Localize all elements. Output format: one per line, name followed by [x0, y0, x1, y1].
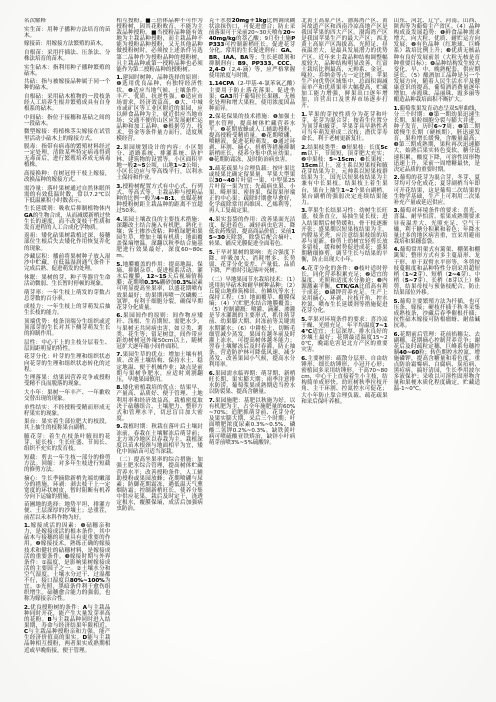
bold-run: B9、PP333、CCC、2,4-D	[209, 61, 295, 73]
bold-run: 8.	[116, 385, 122, 391]
text-column-4: 北黄土高原产区、渤海湾产区、黄河故道产区和西南冷凉高地产区是我国苹果的四大产区。…	[301, 18, 387, 686]
paragraph: 返祖：矮化砧果树栽植过深，接穗部位生根后失去矮化作用恢复乔化的现象。	[24, 233, 110, 251]
bold-run: 6.	[209, 371, 215, 377]
bold-run: 1.	[24, 523, 30, 529]
bold-run: 4.	[116, 217, 122, 223]
bold-run: 5~15cm	[329, 157, 354, 163]
bold-run: 9.	[116, 424, 122, 430]
bold-run: B	[47, 617, 51, 623]
bold-run: GA、BR、IAA、BA	[209, 48, 295, 60]
paragraph: 2.优良授粉树的条件：A与主栽品种同时开花，能产生大量发芽率高的花粉。B与主栽品…	[24, 605, 110, 654]
paragraph: 实生苗：用种子播种方法培育的苗木。	[24, 27, 110, 39]
paragraph: 单性结实：不经授粉受精而形成无籽果实的现象。	[24, 405, 110, 417]
bold-run: 80%~100%	[70, 578, 105, 584]
bold-run: 4.	[394, 247, 400, 253]
bold-run: 5~7	[405, 278, 417, 284]
paragraph: 6.主要树形：疏散分层形、自由纺锤形、细长纺锤形、小冠开心形；密植园多采用纺锤形…	[301, 356, 387, 405]
paragraph: 需冷量：落叶果树通过自然休眠所需的有效低温时数，常以7.2℃以下低温累积小时数表…	[24, 186, 110, 204]
paragraph: （二）提高坐果率的综合措施：加强土肥水综合管理，提高树体贮藏营养水平；改善授粉条…	[116, 457, 202, 512]
bold-run: 1~2	[174, 163, 186, 169]
paragraph: 顶端优势：枝条顶端分生组织或近顶部芽的生长对其下侧芽萌发生长的抑制作用。	[24, 319, 110, 337]
paragraph: 大小年：果树一年丰产、一年歉收交替出现的现象。	[24, 390, 110, 402]
paragraph: 4.葡萄常用架式有篱架、棚架和棚篱架；整形方式有多主蔓扇形、龙干形、单干双臂水平…	[394, 247, 480, 296]
paragraph: 脱毒：指带有病毒的繁殖材料经过一定处理，清除某些特定病毒得到无毒苗后，进行繁殖培…	[24, 144, 110, 168]
bold-run: 2~5	[133, 163, 145, 169]
paragraph: 腋花芽：着生在枝条叶腋间的花芽。徒长枝：生长旺盛、节间长、组织不充实的发育枝。	[24, 434, 110, 452]
bold-run: 3.	[116, 184, 122, 190]
bold-run: 7.	[116, 352, 122, 358]
paragraph: 1.嫁接成活的因素：❶砧穗亲和力，是嫁接成活的根本条件，其中砧木与接穗的质量具有…	[24, 523, 110, 602]
bold-run: GA3	[220, 94, 233, 100]
bold-run: 0.3%	[144, 280, 159, 286]
paragraph: 5.干旱对果树的影响：光合强度下降、呼吸加大、消耗增多、长势弱、花芽分化变差、产…	[209, 250, 295, 274]
paragraph: 2.保花保果的技术措施：❶加强土肥水管理，提高树体贮藏营养水平。❷花期放蜂或人工…	[209, 114, 295, 163]
paragraph: 9.栽植时期：秋栽在落叶后土壤封冻前，春栽在土壤解冻后萌芽前；北方寒冷地区以春栽…	[116, 424, 202, 454]
bold-run: 2.	[116, 145, 122, 151]
bold-run: 2.	[394, 175, 400, 181]
paragraph: 微型嫁接：将植株茎尖嫁接在试管里活动小砧木上的嫁接方式。	[24, 129, 110, 141]
bold-run: 3.	[209, 166, 215, 172]
paragraph: 4.果实套袋的作用：改善果面光洁度、促进着色、减轻病虫危害、降低农药残留、提高商…	[209, 217, 295, 247]
text-column-5: 山东、河北、辽宁、河南、山西、陕西等为葡萄主产省区。（4）品种构成及发展趋势：❶…	[394, 18, 480, 686]
paragraph: 2.结果枝类型：❶短果枝：长度5cm以下，节间短，顶芽肥大充实；❷中果枝：5~1…	[301, 145, 387, 206]
paragraph: 1.建园时树种、品种选择的原则：❶选用优良品种，有独特经济性状。❷适应当地气候、…	[116, 75, 202, 142]
bold-run: 5.	[394, 299, 400, 305]
bold-run: 7.	[209, 398, 215, 404]
bold-run: 5.	[116, 262, 122, 268]
paragraph: 休眠：果树的芽、种子等器官生命活动微弱、生长暂时停顿的现象。	[24, 275, 110, 287]
paragraph: 克＋水按20mg＋1kg比例调成糊状涂抹伤口，可促进愈合；防止采前落果可于采前2…	[209, 18, 295, 79]
paragraph: 高接换种：在树冠骨干枝上嫁接，改换品种的嫁接方式。	[24, 171, 110, 183]
paragraph: 实生砧木：指利用种子播种繁殖的砧木。	[24, 65, 110, 77]
section-title: 名次解释	[24, 18, 110, 24]
paragraph: 3.苹果生长结果习性：幼树生长旺盛，枝条直立，易抽生徒长枝；进入结果期后树势缓和…	[301, 208, 387, 263]
bold-run: GA	[24, 213, 33, 219]
bold-run: 2~4	[448, 272, 460, 278]
bold-run: 4~8:1	[156, 196, 174, 202]
bold-run: 15cm	[301, 163, 318, 169]
text-column-1: 名次解释实生苗：用种子播种方法培育的苗木。嫁接苗：用嫁接方法繁殖的苗木。自根苗：…	[24, 18, 110, 686]
text-columns: 名次解释实生苗：用种子播种方法培育的苗木。嫁接苗：用嫁接方法繁殖的苗木。自根苗：…	[24, 18, 480, 686]
paragraph: 自根苗：采用扦插法、压条法、分株法培育的苗木。	[24, 50, 110, 62]
bold-run: 30~40	[215, 178, 235, 184]
bold-run: 1~2	[341, 188, 353, 194]
bold-run: ■	[151, 30, 157, 36]
bold-run: 1.	[301, 112, 307, 118]
paragraph: 自根砧：采用砧木植物的一段枝条经人工培养生根并繁殖成具有自身根系的砧木。	[24, 94, 110, 112]
bold-run: 6.	[394, 332, 400, 338]
bold-run: 15~30	[209, 229, 295, 241]
bold-run: 6~7	[434, 124, 446, 130]
bold-run: 4.	[209, 217, 215, 223]
paragraph: 5.地膜覆盖的作用：提高地温、保墒、抑制杂草、促进根系活动。灌水后覆膜，12~1…	[116, 262, 202, 311]
bold-run: 20mg＋1kg	[232, 18, 267, 24]
bold-run: 7~14℃	[301, 323, 387, 335]
paragraph: 4.花芽分化的条件：❶枝叶适时停长，同化营养积累充足；❷适宜的温度、光照和适度水…	[301, 266, 387, 315]
paragraph: 7.果园施肥：基肥以秋施为好，以有机肥为主，占全年施肥量的60%~70%；追肥抓…	[209, 398, 295, 447]
paragraph: （二）旱地果园节水栽培技术：（1）选用抗旱砧木和耐旱树种品种；（2）丘陵山地修筑…	[209, 277, 295, 368]
paragraph: 生理落果：幼果因营养竞争或授粉受精不良而脱落的现象。	[24, 375, 110, 387]
paragraph: 3.授粉树配置方式有中心式、行列式、等高式等。主栽品种与授粉品种的比例一般为4~…	[116, 184, 202, 214]
bold-run: 5cm	[301, 145, 387, 157]
paragraph: 6.果园间作的原则：间作物应矮秆、浅根、生育期短、需肥水少，与果树无共同病虫害，…	[116, 313, 202, 350]
bold-run: 3.	[394, 208, 400, 214]
bold-run: 3.	[301, 208, 307, 214]
bold-run: 5.	[209, 250, 215, 256]
bold-run: A	[83, 605, 87, 611]
bold-run: 1~2	[405, 272, 417, 278]
bold-run: 6.	[116, 313, 122, 319]
paragraph: 沙藏层积：播前将果树种子放入湿沙中贮藏，在低温湿润通气条件下完成后熟、促进萌发的…	[24, 254, 110, 272]
paragraph: 中间砧：指位于接穗和基砧之间的一段砧木。	[24, 115, 110, 127]
bold-run: 4.	[301, 266, 307, 272]
cheat-sheet-page: 名次解释实生苗：用种子播种方法培育的苗木。嫁接苗：用嫁接方法繁殖的苗木。自根苗：…	[0, 0, 496, 702]
paragraph: 花芽分化：叶芽的生理和组织状态向花芽的生理和组织状态转化的过程。	[24, 354, 110, 372]
paragraph: 6.果园需水临界期：萌芽期、新梢旺长期、果实膨大期；雨季注意排水防涝，葡萄浆果成…	[209, 371, 295, 395]
paragraph: 果台：果实着生部位肥大的枝段，其上抽生的枝称果台副梢。	[24, 419, 110, 431]
paragraph: 层性：中心干上的主枝分层着生、层间距明显的特性。	[24, 340, 110, 352]
paragraph: 北黄土高原产区、渤海湾产区、黄河故道产区和西南冷凉高地产区是我国苹果的四大产区。…	[301, 18, 387, 109]
paragraph: 短截：剪去一年生枝一部分的修剪方法。回缩：对多年生枝进行短截的修剪方法。	[24, 455, 110, 473]
paragraph: 3.疏花疏果与合理负载：按叶果比或枝果比确定留果量，苹果大型果以30~40片叶留…	[209, 166, 295, 215]
paragraph: 生长延缓剂：吸收后抑制植物体内GA的生物合成，从而减缓新梢过快生长的速度，而不改…	[24, 206, 110, 230]
paragraph: 2.果园规划设计的内容：小区划分、道路系统、排灌系统、防护林、建筑物的设置等。小…	[116, 145, 202, 182]
paragraph: 5.葡萄主要繁殖方法为扦插，也可压条、嫁接；硬枝扦插于秋冬采集成熟枝条，沙藏后春…	[394, 299, 480, 329]
text-column-2: 相互授粉。■三倍体品种不可作为授粉树，因其花粉败育，不能为主栽品种授粉。■当授粉…	[116, 18, 202, 686]
paragraph: 共砧：指与被嫁接品种属于同一个种的砧木。	[24, 79, 110, 91]
paragraph: 摘心：生长季摘除新梢先端幼嫩部分的措施。环剥：剥去枝干上一定宽度的环状树皮，暂时…	[24, 476, 110, 500]
paragraph: 4.果园土壤改良的主要技术措施：深翻改土结合施入有机肥，熟化土壤；客土掺沙改粘；…	[116, 217, 202, 260]
paragraph: 嫁接苗：用嫁接方法繁殖的苗木。	[24, 41, 110, 47]
bold-run: 40~60	[399, 350, 419, 356]
text-column-3: 克＋水按20mg＋1kg比例调成糊状涂抹伤口，可促进愈合；防止采前落果可于采前2…	[209, 18, 295, 686]
bold-run: 2.	[24, 605, 30, 611]
paragraph: 6.花期前后管理：花前掐穗尖、去副穗，花期摘心控制营养竞争；谢花后及时疏粒定穗，…	[394, 332, 480, 393]
bold-run: ■	[145, 18, 151, 24]
bold-run: 20~40mg/kg	[209, 30, 295, 42]
paragraph: 8.矮化密植栽培的优点：结果早、产量高、品质好、便于管理、土地利用率和经济效益高…	[116, 385, 202, 422]
paragraph: 7.果园生草的优点：增加土壤有机质、改善土壤结构、保持水土、稳定地温、便于机械作…	[116, 352, 202, 382]
paragraph: 1.苹果的芽按性质分为花芽和叶芽，花芽为混合芽；按着生位置分为顶芽和腋芽。苹果芽…	[301, 112, 387, 142]
paragraph: 1.14CPA（2-甲基-4-氯苯氧乙酸）主要用于防止落花落果、促进坐果；GA3…	[209, 81, 295, 111]
bold-run: 14CPA	[215, 81, 234, 87]
paragraph: 2.葡萄的花芽为混合芽，冬芽、夏芽均可分化成花；夏芽副梢当年即可开花结果，这是葡…	[394, 175, 480, 205]
bold-run: 1.	[116, 75, 122, 81]
paragraph: 苗圃地的选择：地势平坦、排灌方便、土层深厚的沙壤土；忌重茬，前茬以禾本科作物为好…	[24, 502, 110, 520]
paragraph: 成枝力：一年生枝上的芽萌发后抽生长枝的能力。	[24, 304, 110, 316]
bold-run: D	[82, 635, 87, 641]
paragraph: 山东、河北、辽宁、河南、山西、陕西等为葡萄主产省区。（4）品种构成及发展趋势：❶…	[394, 18, 480, 103]
bold-run: 2.	[209, 114, 215, 120]
paragraph: 5.苹果对环境条件的要求：喜冷凉干燥、光照充足，年平均温度7~14℃适宜；土层深…	[301, 317, 387, 354]
paragraph: 1.葡萄浆果发育动态呈双S形曲线，分三个时期：❶第一期幼果迅速生长期，果粒细胞分…	[394, 106, 480, 173]
bold-run: 1.	[394, 106, 400, 112]
bold-run: C	[24, 629, 28, 635]
bold-run: 2.	[301, 145, 307, 151]
paragraph: 3.葡萄对环境条件的要求：喜光、喜温、耐旱怕涝。浆果成熟期要求昼夜温差大、光照充…	[394, 208, 480, 245]
bold-run: 5.	[301, 317, 307, 323]
bold-run: 6.	[301, 356, 307, 362]
paragraph: 萌芽率：一年生枝上萌发的芽数占总芽数的百分率。	[24, 290, 110, 302]
paragraph: 相互授粉。■三倍体品种不可作为授粉树，因其花粉败育，不能为主栽品种授粉。■当授粉…	[116, 18, 202, 73]
bold-run: 0.3%	[176, 280, 191, 286]
bold-run: CTK/GA	[336, 284, 359, 290]
